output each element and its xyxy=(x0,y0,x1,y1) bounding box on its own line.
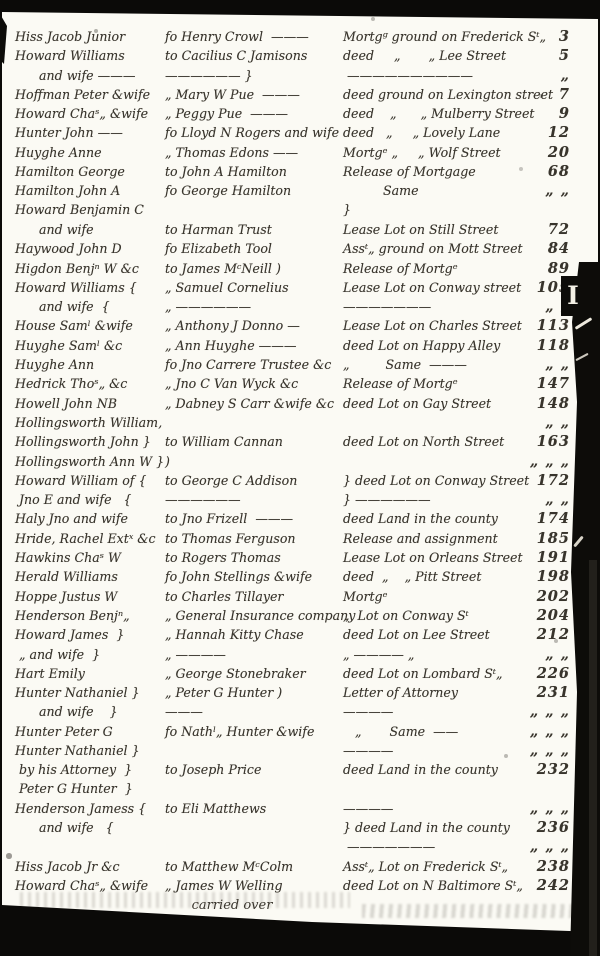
index-row: Howard Benjamin C } xyxy=(15,202,570,221)
index-row: Howard James } „ Hannah Kitty Chase deed… xyxy=(15,626,570,645)
grantee-cell: —————— xyxy=(165,492,343,507)
grantor-cell: Howard Williams xyxy=(15,48,165,63)
grantor-cell: and wife xyxy=(15,222,165,237)
index-row: Hollingsworth John } to William Cannan d… xyxy=(15,433,570,452)
index-row: and wife { } deed Land in the county 236 xyxy=(15,819,570,838)
index-row: Howard Williams to Cacilius C Jamisons d… xyxy=(15,47,570,66)
instrument-cell: Lease Lot on Still Street xyxy=(343,222,516,237)
instrument-cell: } —————— xyxy=(343,492,516,507)
instrument-cell: —————————— xyxy=(343,68,516,83)
instrument-cell: ——————— xyxy=(343,839,516,854)
instrument-cell: } deed Land in the county xyxy=(343,820,516,835)
grantee-cell: fo Nathˡ„ Hunter &wife xyxy=(165,724,343,739)
index-row: Henderson Benjⁿ„ „ General Insurance com… xyxy=(15,607,570,626)
page-number-cell: 118 xyxy=(516,337,570,354)
ledger-page: Hiss Jacob Junior fo Henry Crowl ——— Mor… xyxy=(2,6,598,940)
instrument-cell: deed „ „ Lee Street xyxy=(343,48,516,63)
grantee-cell: „ General Insurance company xyxy=(165,608,343,623)
index-row: Hedrick Thoˢ„ &c „ Jno C Van Wyck &c Rel… xyxy=(15,375,570,394)
grantor-cell: Hollingsworth Ann W } xyxy=(15,454,165,469)
scan-noise xyxy=(20,892,350,908)
grantee-cell: ——— xyxy=(165,704,343,719)
index-row: Haly Jno and wife to Jno Frizell ——— dee… xyxy=(15,510,570,529)
instrument-cell: ———— xyxy=(343,743,516,758)
grantee-cell: „ Mary W Pue ——— xyxy=(165,87,343,102)
grantor-cell: Haly Jno and wife xyxy=(15,511,165,526)
index-row: Haywood John D fo Elizabeth Tool Assᵗ„ g… xyxy=(15,240,570,259)
index-row: ——————— „ „ „ xyxy=(15,838,570,857)
instrument-cell: Release of Mortgᵉ xyxy=(343,376,516,391)
grantor-cell: Howard Chaˢ„ &wife xyxy=(15,878,165,893)
grantor-cell: and wife { xyxy=(15,820,165,835)
instrument-cell: Lease Lot on Conway street xyxy=(343,280,516,295)
index-row: Howard William of { to George C Addison … xyxy=(15,472,570,491)
grantor-cell: and wife ——— xyxy=(15,68,165,83)
grantor-cell: Huyghe Ann xyxy=(15,357,165,372)
grantee-cell: to Eli Matthews xyxy=(165,801,343,816)
grantor-cell: Hunter Nathaniel } xyxy=(15,685,165,700)
page-number-cell: 191 xyxy=(516,549,570,566)
instrument-cell: deed „ „ Lovely Lane xyxy=(343,125,516,140)
grantor-cell: Hiss Jacob Jr &c xyxy=(15,859,165,874)
instrument-cell: Letter of Attorney xyxy=(343,685,516,700)
grantee-cell: to Joseph Price xyxy=(165,762,343,777)
grantee-cell: fo Henry Crowl ——— xyxy=(165,29,343,44)
index-row: Hride, Rachel Extˣ &c to Thomas Ferguson… xyxy=(15,530,570,549)
grantee-cell: „ Peter G Hunter ) xyxy=(165,685,343,700)
instrument-cell: } xyxy=(343,202,516,217)
grantee-cell: to James MᶜNeill ) xyxy=(165,261,343,276)
page-number-cell: 7 xyxy=(516,86,570,103)
grantee-cell: „ Anthony J Donno — xyxy=(165,318,343,333)
instrument-cell: deed Lot on North Street xyxy=(343,434,516,449)
instrument-cell: Lease Lot on Orleans Street xyxy=(343,550,516,565)
grantor-cell: Jno E and wife { xyxy=(15,492,165,507)
grantor-cell: and wife { xyxy=(15,299,165,314)
tab-letter: I xyxy=(567,281,579,310)
grantee-cell: „ Samuel Cornelius xyxy=(165,280,343,295)
instrument-cell: Same xyxy=(343,183,516,198)
instrument-cell: deed Lot on N Baltimore Sᵗ„ xyxy=(343,878,516,893)
index-row: Hiss Jacob Jr &c to Matthew MᶜColm Assᵗ„… xyxy=(15,858,570,877)
grantee-cell: to Matthew MᶜColm xyxy=(165,859,343,874)
page-number-cell: 163 xyxy=(516,433,570,450)
grantor-cell: Howard Benjamin C xyxy=(15,202,165,217)
page-number-cell: 204 xyxy=(516,607,570,624)
index-row: Howard Williams { „ Samuel Cornelius Lea… xyxy=(15,279,570,298)
grantor-cell: Hamilton John A xyxy=(15,183,165,198)
page-number-cell: 174 xyxy=(516,510,570,527)
index-row: Huyghe Ann fo Jno Carrere Trustee &c „ S… xyxy=(15,356,570,375)
grantor-cell: Peter G Hunter } xyxy=(15,781,165,796)
index-row: Hunter Nathaniel } ———— „ „ „ xyxy=(15,742,570,761)
index-row: House Samˡ &wife „ Anthony J Donno — Lea… xyxy=(15,317,570,336)
index-row: Howell John NB „ Dabney S Carr &wife &c … xyxy=(15,395,570,414)
instrument-cell: deed Land in the county xyxy=(343,762,516,777)
index-row: „ and wife } „ ———— „ ———— „ „ „ xyxy=(15,646,570,665)
grantor-cell: House Samˡ &wife xyxy=(15,318,165,333)
instrument-cell: deed ground on Lexington street xyxy=(343,87,516,102)
grantor-cell: Howard Williams { xyxy=(15,280,165,295)
index-row: Hunter John —— fo Lloyd N Rogers and wif… xyxy=(15,124,570,143)
page-number-cell: „ „ „ xyxy=(516,800,570,817)
instrument-cell: deed „ „ Mulberry Street xyxy=(343,106,516,121)
grantor-cell: Henderson Jamess { xyxy=(15,801,165,816)
index-row: and wife to Harman Trust Lease Lot on St… xyxy=(15,221,570,240)
instrument-cell: „ Same —— xyxy=(343,724,516,739)
page-number-cell: 9 xyxy=(516,105,570,122)
grantee-cell: —————— } xyxy=(165,68,343,83)
instrument-cell: deed Lot on Lee Street xyxy=(343,627,516,642)
grantee-cell: fo George Hamilton xyxy=(165,183,343,198)
grantor-cell: by his Attorney } xyxy=(15,762,165,777)
index-row: and wife } ——— ———— „ „ „ xyxy=(15,703,570,722)
page-number-cell: „ „ xyxy=(516,414,570,431)
index-row: Peter G Hunter } xyxy=(15,781,570,800)
instrument-cell: ———— xyxy=(343,801,516,816)
index-row: Hawkins Chaˢ W to Rogers Thomas Lease Lo… xyxy=(15,549,570,568)
instrument-cell: deed Lot on Happy Alley xyxy=(343,338,516,353)
page-number-cell: 68 xyxy=(516,163,570,180)
grantor-cell: Hamilton George xyxy=(15,164,165,179)
index-row: Huyghe Anne „ Thomas Edons —— Mortgᵉ „ „… xyxy=(15,144,570,163)
page-number-cell: 226 xyxy=(516,665,570,682)
index-row: Hunter Nathaniel } „ Peter G Hunter ) Le… xyxy=(15,684,570,703)
page-number-cell: 202 xyxy=(516,588,570,605)
grantee-cell: to John A Hamilton xyxy=(165,164,343,179)
grantee-cell: fo Elizabeth Tool xyxy=(165,241,343,256)
page-number-cell: 148 xyxy=(516,395,570,412)
page-number-cell: 172 xyxy=(516,472,570,489)
instrument-cell: Assᵗ„ ground on Mott Street xyxy=(343,241,516,256)
index-row: Henderson Jamess { to Eli Matthews ———— … xyxy=(15,800,570,819)
grantor-cell: Haywood John D xyxy=(15,241,165,256)
grantee-cell: „ Ann Huyghe ——— xyxy=(165,338,343,353)
grantee-cell: „ ———— xyxy=(165,647,343,662)
grantee-cell: to Thomas Ferguson xyxy=(165,531,343,546)
grantee-cell: „ James W Welling xyxy=(165,878,343,893)
instrument-cell: Release and assignment xyxy=(343,531,516,546)
index-row: Hamilton John A fo George Hamilton Same … xyxy=(15,182,570,201)
grantee-cell: to George C Addison xyxy=(165,473,343,488)
grantor-cell: Howard William of { xyxy=(15,473,165,488)
page-number-cell: „ „ xyxy=(516,356,570,373)
instrument-cell: } deed Lot on Conway Street xyxy=(343,473,516,488)
grantee-cell: to Cacilius C Jamisons xyxy=(165,48,343,63)
index-row: Hunter Peter G fo Nathˡ„ Hunter &wife „ … xyxy=(15,723,570,742)
index-rows: Hiss Jacob Junior fo Henry Crowl ——— Mor… xyxy=(15,28,570,896)
page-number-cell: 84 xyxy=(516,240,570,257)
index-row: Jno E and wife { —————— } —————— „ „ xyxy=(15,491,570,510)
page-number-cell: 212 xyxy=(516,626,570,643)
instrument-cell: Lease Lot on Charles Street xyxy=(343,318,516,333)
scan-noise xyxy=(362,904,592,918)
grantor-cell: Hunter Nathaniel } xyxy=(15,743,165,758)
grantee-cell: „ Hannah Kitty Chase xyxy=(165,627,343,642)
grantor-cell: Huyghe Samˡ &c xyxy=(15,338,165,353)
grantee-cell: to Charles Tillayer xyxy=(165,589,343,604)
grantee-cell: „ Jno C Van Wyck &c xyxy=(165,376,343,391)
grantee-cell: „ Thomas Edons —— xyxy=(165,145,343,160)
page-number-cell: „ „ „ xyxy=(516,742,570,759)
instrument-cell: Release of Mortgᵉ xyxy=(343,261,516,276)
grantor-cell: Higdon Benjⁿ W &c xyxy=(15,261,165,276)
grantor-cell: Huyghe Anne xyxy=(15,145,165,160)
index-row: Hollingsworth Ann W } ) „ „ „ xyxy=(15,453,570,472)
page-number-cell: 72 xyxy=(516,221,570,238)
instrument-cell: „ ———— „ xyxy=(343,647,516,662)
page-number-cell: „ xyxy=(516,67,570,84)
index-row: Hollingsworth William‚ „ „ xyxy=(15,414,570,433)
page-number-cell: „ „ xyxy=(516,646,570,663)
index-row: Hart Emily „ George Stonebraker deed Lot… xyxy=(15,665,570,684)
instrument-cell: Mortgᵉ „ „ Wolf Street xyxy=(343,145,516,160)
instrument-cell: Mortgᵉ xyxy=(343,589,516,604)
index-row: and wife ——— —————— } —————————— „ xyxy=(15,67,570,86)
instrument-cell: „ Same ——— xyxy=(343,357,516,372)
index-row: and wife { „ —————— ——————— „ „ xyxy=(15,298,570,317)
page-number-cell: 5 xyxy=(516,47,570,64)
instrument-cell: Assᵗ„ Lot on Frederick Sᵗ„ xyxy=(343,859,516,874)
page-number-cell: 232 xyxy=(516,761,570,778)
page-number-cell: 20 xyxy=(516,144,570,161)
page-number-cell: 12 xyxy=(516,124,570,141)
page-number-cell: „ „ „ xyxy=(516,723,570,740)
grantor-cell: Howell John NB xyxy=(15,396,165,411)
instrument-cell: ——————— xyxy=(343,299,516,314)
page-number-cell: „ „ „ xyxy=(516,453,570,470)
page-number-cell: 236 xyxy=(516,819,570,836)
grantor-cell: Hunter John —— xyxy=(15,125,165,140)
grantor-cell: Hart Emily xyxy=(15,666,165,681)
page-number-cell: 89 xyxy=(516,260,570,277)
page-number-cell: „ „ xyxy=(516,491,570,508)
grantee-cell: „ George Stonebraker xyxy=(165,666,343,681)
grantor-cell: Howard James } xyxy=(15,627,165,642)
grantor-cell: and wife } xyxy=(15,704,165,719)
page-number-cell: „ „ „ xyxy=(516,703,570,720)
index-row: Huyghe Samˡ &c „ Ann Huyghe ——— deed Lot… xyxy=(15,337,570,356)
grantor-cell: Hawkins Chaˢ W xyxy=(15,550,165,565)
scan-specks xyxy=(0,0,2,2)
instrument-cell: Release of Mortgage xyxy=(343,164,516,179)
instrument-cell: deed Lot on Lombard Sᵗ„ xyxy=(343,666,516,681)
page-number-cell: 113 xyxy=(516,317,570,334)
grantor-cell: Hride, Rachel Extˣ &c xyxy=(15,531,165,546)
instrument-cell: deed „ „ Pitt Street xyxy=(343,569,516,584)
index-row: Hiss Jacob Junior fo Henry Crowl ——— Mor… xyxy=(15,28,570,47)
grantee-cell: „ Peggy Pue ——— xyxy=(165,106,343,121)
grantee-cell: to Rogers Thomas xyxy=(165,550,343,565)
grantor-cell: Howard Chaˢ„ &wife xyxy=(15,106,165,121)
instrument-cell: deed Lot on Gay Street xyxy=(343,396,516,411)
grantee-cell: to Jno Frizell ——— xyxy=(165,511,343,526)
page-number-cell: 238 xyxy=(516,858,570,875)
index-row: Hoffman Peter &wife „ Mary W Pue ——— dee… xyxy=(15,86,570,105)
grantor-cell: Hollingsworth John } xyxy=(15,434,165,449)
grantor-cell: Herald Williams xyxy=(15,569,165,584)
index-row: by his Attorney } to Joseph Price deed L… xyxy=(15,761,570,780)
instrument-cell: „ Lot on Conway Sᵗ xyxy=(343,608,516,623)
grantee-cell: ) xyxy=(165,454,343,469)
index-row: Hamilton George to John A Hamilton Relea… xyxy=(15,163,570,182)
grantor-cell: Henderson Benjⁿ„ xyxy=(15,608,165,623)
page-number-cell: „ „ xyxy=(516,182,570,199)
page-number-cell: 185 xyxy=(516,530,570,547)
page-number-cell: 198 xyxy=(516,568,570,585)
grantor-cell: Hoppe Justus W xyxy=(15,589,165,604)
page-number-cell: 231 xyxy=(516,684,570,701)
instrument-cell: deed Land in the county xyxy=(343,511,516,526)
grantor-cell: Hedrick Thoˢ„ &c xyxy=(15,376,165,391)
grantee-cell: fo Jno Carrere Trustee &c xyxy=(165,357,343,372)
instrument-cell: Mortgᵍ ground on Frederick Sᵗ„ xyxy=(343,29,516,44)
binding-edge-highlight xyxy=(589,560,597,956)
page-number-cell: 242 xyxy=(516,877,570,894)
index-row: Higdon Benjⁿ W &c to James MᶜNeill ) Rel… xyxy=(15,260,570,279)
grantee-cell: „ Dabney S Carr &wife &c xyxy=(165,396,343,411)
index-row: Hoppe Justus W to Charles Tillayer Mortg… xyxy=(15,588,570,607)
index-row: Howard Chaˢ„ &wife „ Peggy Pue ——— deed … xyxy=(15,105,570,124)
page-number-cell: 147 xyxy=(516,375,570,392)
grantor-cell: Hollingsworth William‚ xyxy=(15,415,165,430)
thumb-index-tab: I xyxy=(561,276,585,316)
page-number-cell: „ „ „ xyxy=(516,838,570,855)
page-number-cell: 3 xyxy=(516,28,570,45)
grantor-cell: Hunter Peter G xyxy=(15,724,165,739)
index-row: Herald Williams fo John Stellings &wife … xyxy=(15,568,570,587)
grantee-cell: to Harman Trust xyxy=(165,222,343,237)
grantor-cell: Hiss Jacob Junior xyxy=(15,29,165,44)
grantee-cell: fo John Stellings &wife xyxy=(165,569,343,584)
grantee-cell: „ —————— xyxy=(165,299,343,314)
grantee-cell: to William Cannan xyxy=(165,434,343,449)
grantee-cell: fo Lloyd N Rogers and wife xyxy=(165,125,343,140)
grantor-cell: „ and wife } xyxy=(15,647,165,662)
grantor-cell: Hoffman Peter &wife xyxy=(15,87,165,102)
instrument-cell: ———— xyxy=(343,704,516,719)
